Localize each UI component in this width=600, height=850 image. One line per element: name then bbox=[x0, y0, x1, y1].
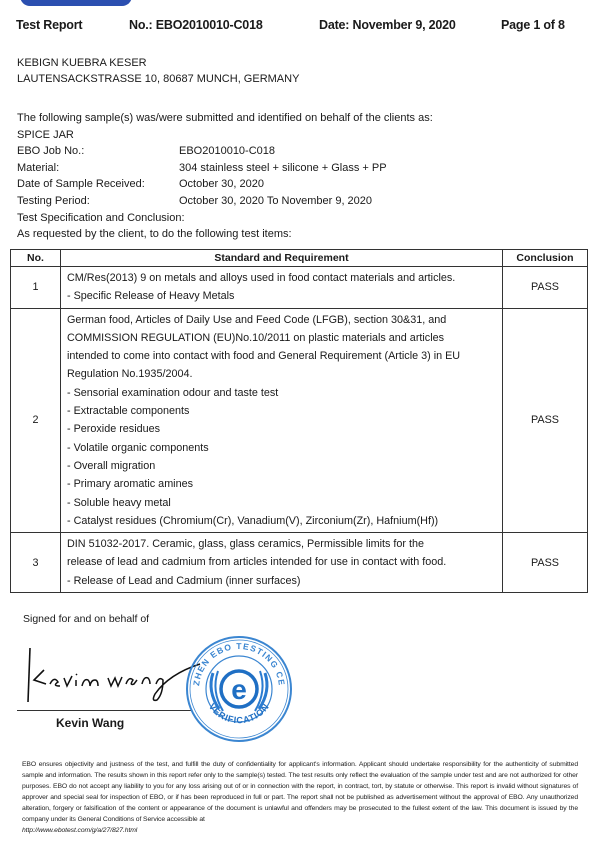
requirement-line: - Extractable components bbox=[67, 402, 496, 420]
col-header-no: No. bbox=[11, 250, 61, 267]
table-row: 1CM/Res(2013) 9 on metals and alloys use… bbox=[11, 267, 588, 309]
requirement-line: DIN 51032-2017. Ceramic, glass, glass ce… bbox=[67, 535, 496, 553]
col-header-conclusion: Conclusion bbox=[503, 250, 588, 267]
report-date: Date: November 9, 2020 bbox=[319, 18, 501, 32]
requirement-line: - Overall migration bbox=[67, 457, 496, 475]
spec-heading: Test Specification and Conclusion: bbox=[17, 210, 586, 227]
field-value: October 30, 2020 To November 9, 2020 bbox=[179, 193, 372, 210]
sample-name: SPICE JAR bbox=[17, 127, 586, 144]
sample-info: The following sample(s) was/were submitt… bbox=[17, 110, 586, 243]
requirement-line: - Sensorial examination odour and taste … bbox=[67, 384, 496, 402]
signatory-name: Kevin Wang bbox=[56, 716, 124, 730]
field-value: 304 stainless steel + silicone + Glass +… bbox=[179, 160, 387, 177]
field-label: Testing Period: bbox=[17, 193, 179, 210]
test-items-table: No. Standard and Requirement Conclusion … bbox=[10, 249, 588, 593]
row-requirement: DIN 51032-2017. Ceramic, glass, glass ce… bbox=[61, 533, 503, 593]
field-value: EBO2010010-C018 bbox=[179, 143, 275, 160]
signature-icon bbox=[24, 640, 204, 710]
table-header-row: No. Standard and Requirement Conclusion bbox=[11, 250, 588, 267]
row-requirement: CM/Res(2013) 9 on metals and alloys used… bbox=[61, 267, 503, 309]
signature-line bbox=[17, 710, 192, 711]
row-requirement: German food, Articles of Daily Use and F… bbox=[61, 308, 503, 533]
requirement-line: - Peroxide residues bbox=[67, 420, 496, 438]
disclaimer-text: EBO ensures objectivity and justness of … bbox=[22, 761, 578, 823]
field-job-no: EBO Job No.: EBO2010010-C018 bbox=[17, 143, 586, 160]
requirement-line: - Soluble heavy metal bbox=[67, 494, 496, 512]
requirement-line: - Release of Lead and Cadmium (inner sur… bbox=[67, 572, 496, 590]
report-number: No.: EBO2010010-C018 bbox=[129, 18, 319, 32]
row-conclusion: PASS bbox=[503, 308, 588, 533]
report-title: Test Report bbox=[16, 18, 129, 32]
row-number: 1 bbox=[11, 267, 61, 309]
field-material: Material: 304 stainless steel + silicone… bbox=[17, 160, 586, 177]
field-testing-period: Testing Period: October 30, 2020 To Nove… bbox=[17, 193, 586, 210]
requirement-line: release of lead and cadmium from article… bbox=[67, 553, 496, 571]
client-name: KEBIGN KUEBRA KESER bbox=[17, 55, 299, 71]
field-label: Material: bbox=[17, 160, 179, 177]
row-conclusion: PASS bbox=[503, 267, 588, 309]
row-number: 2 bbox=[11, 308, 61, 533]
handwritten-signature bbox=[24, 640, 204, 710]
page-indicator: Page 1 of 8 bbox=[501, 18, 565, 32]
table-row: 2German food, Articles of Daily Use and … bbox=[11, 308, 588, 533]
verification-stamp: SHENZHEN EBO TESTING CENTER VERIFICATION… bbox=[183, 633, 295, 745]
requirement-line: - Volatile organic components bbox=[67, 439, 496, 457]
field-value: October 30, 2020 bbox=[179, 176, 264, 193]
requirement-line: Regulation No.1935/2004. bbox=[67, 365, 496, 383]
row-conclusion: PASS bbox=[503, 533, 588, 593]
client-block: KEBIGN KUEBRA KESER LAUTENSACKSTRASSE 10… bbox=[17, 55, 299, 87]
row-number: 3 bbox=[11, 533, 61, 593]
col-header-standard: Standard and Requirement bbox=[61, 250, 503, 267]
requirement-line: CM/Res(2013) 9 on metals and alloys used… bbox=[67, 269, 496, 287]
requirement-line: intended to come into contact with food … bbox=[67, 347, 496, 365]
client-address: LAUTENSACKSTRASSE 10, 80687 MUNCH, GERMA… bbox=[17, 71, 299, 87]
field-date-received: Date of Sample Received: October 30, 202… bbox=[17, 176, 586, 193]
requirement-line: COMMISSION REGULATION (EU)No.10/2011 on … bbox=[67, 329, 496, 347]
requirement-line: - Specific Release of Heavy Metals bbox=[67, 287, 496, 305]
top-banner-tab bbox=[20, 0, 132, 6]
field-label: Date of Sample Received: bbox=[17, 176, 179, 193]
signed-on-behalf: Signed for and on behalf of bbox=[23, 613, 149, 625]
field-label: EBO Job No.: bbox=[17, 143, 179, 160]
requirement-line: - Primary aromatic amines bbox=[67, 475, 496, 493]
disclaimer-url[interactable]: http://www.ebotest.com/g/a/27/827.html bbox=[22, 825, 578, 836]
table-row: 3DIN 51032-2017. Ceramic, glass, glass c… bbox=[11, 533, 588, 593]
report-header: Test Report No.: EBO2010010-C018 Date: N… bbox=[16, 18, 586, 32]
requirement-line: - Catalyst residues (Chromium(Cr), Vanad… bbox=[67, 512, 496, 530]
intro-statement: The following sample(s) was/were submitt… bbox=[17, 110, 586, 127]
svg-text:e: e bbox=[231, 674, 247, 705]
request-line: As requested by the client, to do the fo… bbox=[17, 226, 586, 243]
requirement-line: German food, Articles of Daily Use and F… bbox=[67, 311, 496, 329]
stamp-seal-icon: SHENZHEN EBO TESTING CENTER VERIFICATION… bbox=[183, 633, 295, 745]
disclaimer-footer: EBO ensures objectivity and justness of … bbox=[22, 759, 578, 836]
